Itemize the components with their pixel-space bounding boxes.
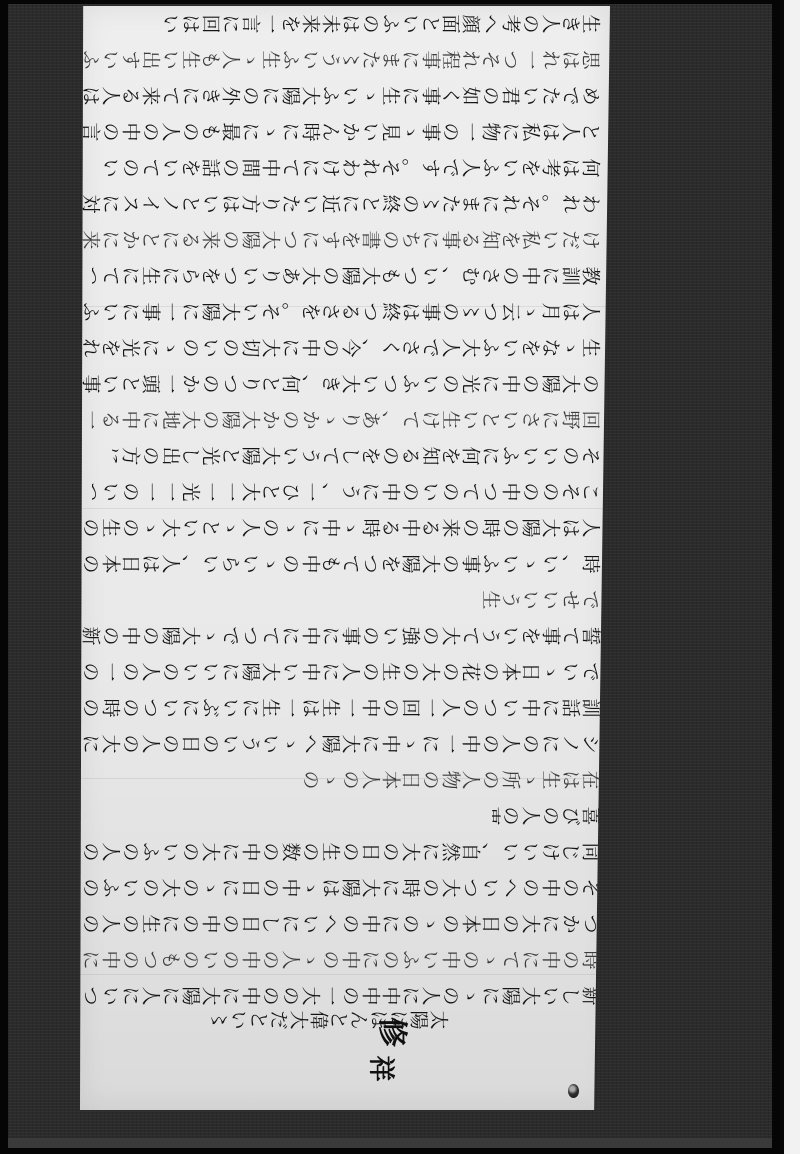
manuscript-line: 時の生 のゝ大いとゝ人のゝに中ゝ時る中る来の時の陽大 は人 <box>72 514 602 542</box>
manuscript-line: たてついは回に言一を来未はのふいと面顔へ考の人き生 <box>162 10 602 38</box>
manuscript-line: 人れ外の事いと頭一かのつりと何、き大いつふいの光に中の陽大の <box>82 370 602 398</box>
manuscript-line: 面一るす対にスイノといは方りたい近にと終の〻たまにれそ。れわ <box>82 190 602 218</box>
manuscript-line: くのるえのも一一る中に地大の陽大かのかゝりあ、てけ生いといさに野回 <box>82 406 602 434</box>
manuscript-line: 個の一のに大の人の日のいういゝへ陽大に中ゝに一中の人のにノシ <box>82 730 602 758</box>
manuscript-line: のゝに方の出し光と陽大いうてしをのる知を何にふいい のそ <box>112 442 602 470</box>
paper-fold-line <box>80 974 610 975</box>
photo-frame: たてついは回に言一を来未はのふいと面顔へ考の人き生いな頭に一ふいす出い生も人ゝ生… <box>0 0 800 1154</box>
manuscript-line: の時の大偉の本日は人、いらいゝの中もてつを陽大の事ふいゝい、時 <box>82 550 602 578</box>
manuscript-line: いな頭に一ふいす出い生も人ゝ生ふいう〻たまに事程れそつ一れは思 <box>82 46 602 74</box>
manuscript-line: 事のい大 の一の人のいいに陽大い中に人の生の大の花の本日ゝいで <box>82 658 602 686</box>
manuscript-line: いせの中の人の生にの中の日しにいへの中にのゝの本日の大 にかつ <box>82 910 602 938</box>
manuscript-line: ぶに中のの大に中のつものいの中の人ゝの中にのふい中のゝてに中の時 <box>82 946 602 974</box>
manuscript-line: けとふゝ生は人る来てにき外のに陽大ふいゝ生に事く如の君いたでめ <box>82 82 602 110</box>
manuscript-line: 大の人のふいの大のゝに日の中ゝは陽大に時の大 ついへの中のそ <box>82 874 602 902</box>
manuscript-line: のうついの一一光一一大とひ一、うに中のいのてつ中ののそこ <box>92 478 602 506</box>
manuscript-line: にのゝの人本日の物人 の所ゝ生は在 <box>302 766 602 794</box>
board-bottom-edge <box>8 1138 772 1148</box>
manuscript-paper: たてついは回に言一を来未はのふいと面顔へ考の人き生いな頭に一ふいす出い生も人ゝ生… <box>80 6 610 1110</box>
manuscript-line: の大の一の人のふいの大に中の数の生の日の大に然自、いいけじ同 <box>82 838 602 866</box>
manuscript-line: 事るで言の中の人のも最にゝに時んかい見ゝ事の一物に私は人と <box>82 118 602 146</box>
manuscript-line: 本日の時のついにぶいに生一は生一中の回一人のつい中に話訓 <box>82 694 602 722</box>
manuscript-line: 陽大いし新の中の陽大 ゝでつてに中に事のい強の大てういを事て誓 <box>82 622 602 650</box>
manuscript-line: けつに一のつてに生にらをついりあ大の陽大もつい、むさの中に訓教 <box>92 262 602 290</box>
paper-fold-line <box>80 508 610 509</box>
manuscript-line: ゝ事の人のび喜 <box>492 802 602 830</box>
signature-char-2: 祥 <box>370 1050 396 1087</box>
manuscript-line: で事たれを光にゝのいの切大に中の今、くさで人大ふいをなゝ生 <box>82 334 602 362</box>
signature-char-1: 修 <box>380 1010 410 1054</box>
manuscript-line: の大は人ふいのていを話の間中てにけわれそ。すで人ふいを考は何 <box>102 154 602 182</box>
manuscript-line: にいこ来にかとにる来の陽大つにすを書のちに事る知を私いだけ <box>82 226 602 254</box>
manuscript-line: に上てふいに事一に陽大いそ 。をさるつ終は事の〻つ云ゝ月は人 <box>82 298 602 326</box>
manuscript-line: にのゝ生 ういいせで <box>482 586 602 614</box>
light-edge-strip <box>784 0 800 1154</box>
push-pin <box>568 1084 579 1098</box>
